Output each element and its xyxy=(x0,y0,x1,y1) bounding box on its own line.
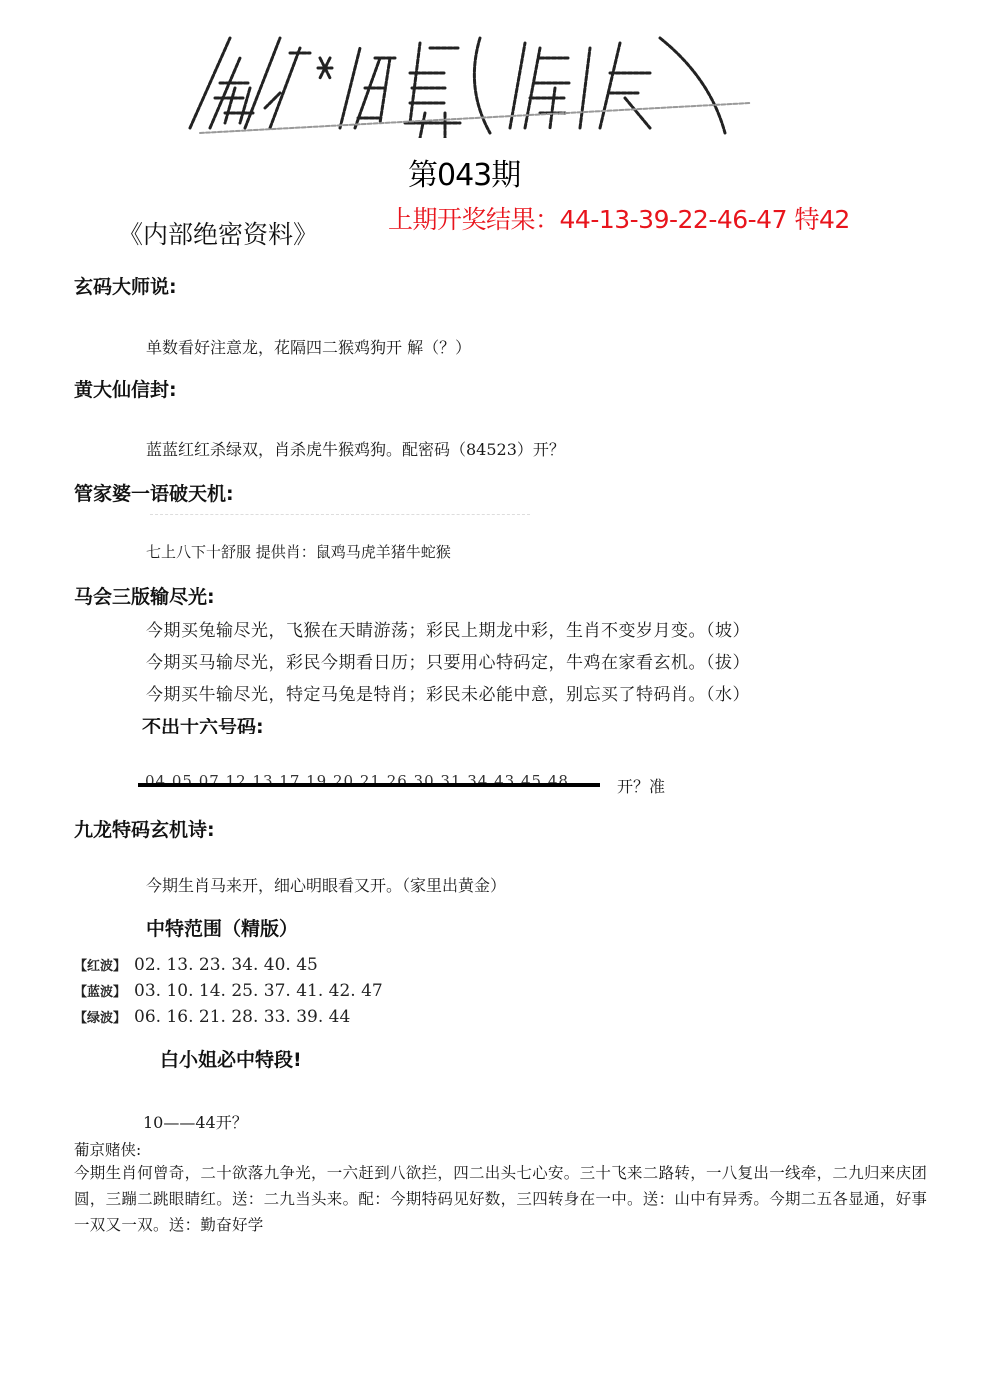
internal-label: 《内部绝密资料》 xyxy=(118,215,318,251)
last-result-special: 特42 xyxy=(794,205,849,234)
wave-tag-blue: 【蓝波】 xyxy=(74,985,126,1000)
wave-numbers-red: 02. 13. 23. 34. 40. 45 xyxy=(134,955,318,975)
section-housekeeper-text: 七上八下十舒服 提供肖：鼠鸡马虎羊猪牛蛇猴 xyxy=(146,541,451,562)
jockey-line-3: 今期买牛输尽光，特定马兔是特肖；彩民未必能中意，别忘买了特码肖。（水） xyxy=(146,680,750,705)
wave-row-blue: 【蓝波】03. 10. 14. 25. 37. 41. 42. 47 xyxy=(74,981,383,1001)
excluded-numbers: 04 05 07 12 13 17 19 20 21 26 30 31 34 4… xyxy=(145,772,569,790)
section-dragon-title: 九龙特码玄机诗: xyxy=(74,815,215,842)
section-macau-text: 今期生肖何曾奇，二十欲落九争光，一六赶到八欲拦，四二出头七心安。三十飞来二路转，… xyxy=(74,1160,934,1238)
section-macau-title: 葡京赌侠: xyxy=(74,1138,141,1160)
section-dragon-text: 今期生肖马来开，细心明眼看又开。（家里出黄金） xyxy=(146,873,506,896)
last-result-numbers: 44-13-39-22-46-47 xyxy=(560,205,787,234)
section-master-title: 玄码大师说: xyxy=(74,272,177,299)
banner-title-art xyxy=(180,28,780,138)
banner-title xyxy=(180,28,780,138)
wave-row-green: 【绿波】06. 16. 21. 28. 33. 39. 44 xyxy=(74,1007,350,1027)
section-housekeeper-title: 管家婆一语破天机: xyxy=(74,479,234,506)
section-jockey-title: 马会三版输尽光: xyxy=(74,582,215,609)
section-envelope-title: 黄大仙信封: xyxy=(74,375,177,402)
last-result: 上期开奖结果：44-13-39-22-46-47 特42 xyxy=(388,200,850,236)
section-range-title: 中特范围（精版） xyxy=(146,914,298,941)
wave-row-red: 【红波】02. 13. 23. 34. 40. 45 xyxy=(74,955,318,975)
excluded-suffix: 开？准 xyxy=(617,774,665,797)
faint-divider xyxy=(150,514,530,516)
section-envelope-text: 蓝蓝红红杀绿双，肖杀虎牛猴鸡狗。配密码（84523）开？ xyxy=(146,437,565,460)
jockey-line-2: 今期买马输尽光，彩民今期看日历；只要用心特码定，牛鸡在家看玄机。（拔） xyxy=(146,648,750,673)
wave-tag-green: 【绿波】 xyxy=(74,1011,126,1026)
last-result-label: 上期开奖结果： xyxy=(388,205,560,234)
strikethrough-line xyxy=(138,783,600,787)
jockey-line-1: 今期买兔输尽光，飞猴在天睛游荡；彩民上期龙中彩，生肖不变岁月变。（坡） xyxy=(146,616,750,641)
wave-numbers-blue: 03. 10. 14. 25. 37. 41. 42. 47 xyxy=(134,981,383,1001)
wave-numbers-green: 06. 16. 21. 28. 33. 39. 44 xyxy=(134,1007,350,1027)
section-miss-bai-title: 白小姐必中特段! xyxy=(160,1045,302,1072)
section-exclude-title: 不出十六号码: xyxy=(142,712,264,734)
section-miss-bai-text: 10——44开？ xyxy=(143,1110,248,1133)
issue-number: 第043期 xyxy=(408,150,520,194)
wave-tag-red: 【红波】 xyxy=(74,959,126,974)
section-master-text: 单数看好注意龙，花隔四二猴鸡狗开 解（？） xyxy=(146,335,471,358)
